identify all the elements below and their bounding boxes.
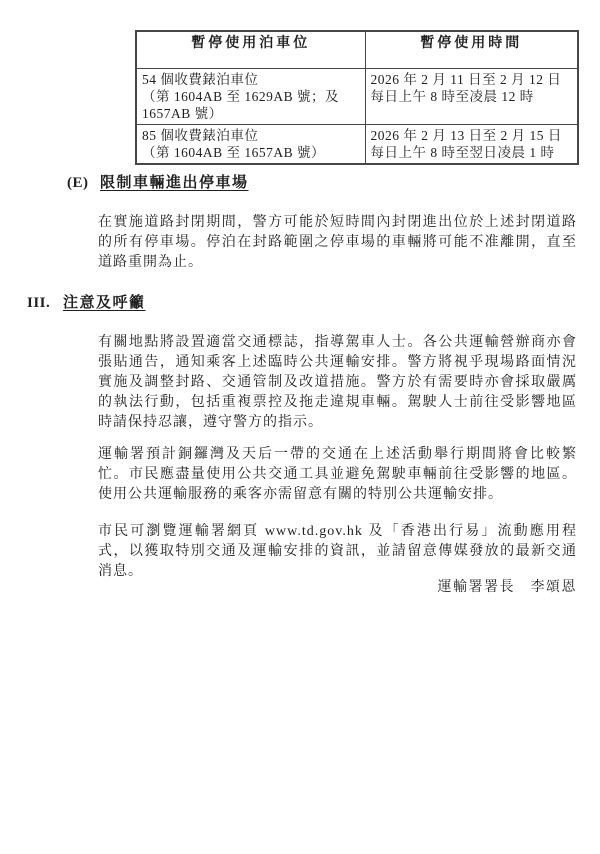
- document-page: 暫停使用泊車位 暫停使用時間 54 個收費錶泊車位 （第 1604AB 至 16…: [0, 0, 600, 854]
- parking-suspension-table: 暫停使用泊車位 暫停使用時間 54 個收費錶泊車位 （第 1604AB 至 16…: [135, 30, 579, 165]
- cell-line: 每日上午 8 時至翌日凌晨 1 時: [371, 144, 573, 161]
- section-iii-paragraph-3: 市民可瀏覽運輸署網頁 www.td.gov.hk 及「香港出行易」流動應用程式，…: [98, 522, 577, 582]
- table-cell-spaces-2: 85 個收費錶泊車位 （第 1604AB 至 1657AB 號）: [136, 124, 365, 164]
- section-iii-paragraph-1: 有關地點將設置適當交通標誌，指導駕車人士。各公共運輸營辦商亦會張貼通告，通知乘客…: [98, 333, 577, 433]
- table-cell-time-2: 2026 年 2 月 13 日至 2 月 15 日 每日上午 8 時至翌日凌晨 …: [365, 124, 578, 164]
- signature-line: 運輸署署長 李頌恩: [98, 578, 577, 598]
- section-e-label: (E): [67, 173, 100, 193]
- section-e-paragraph: 在實施道路封閉期間，警方可能於短時間內封閉進出位於上述封閉道路的所有停車場。停泊…: [98, 213, 577, 273]
- cell-line: （第 1604AB 至 1629AB 號；及: [142, 88, 360, 105]
- cell-line: 54 個收費錶泊車位: [142, 71, 360, 88]
- section-iii-heading: III.注意及呼籲: [27, 293, 146, 313]
- cell-line: 每日上午 8 時至凌晨 12 時: [371, 88, 573, 105]
- table-row-2: 85 個收費錶泊車位 （第 1604AB 至 1657AB 號） 2026 年 …: [136, 124, 578, 164]
- table-cell-spaces-1: 54 個收費錶泊車位 （第 1604AB 至 1629AB 號；及 1657AB…: [136, 68, 365, 124]
- cell-line: （第 1604AB 至 1657AB 號）: [142, 144, 360, 161]
- table-row-1: 54 個收費錶泊車位 （第 1604AB 至 1629AB 號；及 1657AB…: [136, 68, 578, 124]
- table-header-suspension-time: 暫停使用時間: [365, 31, 578, 68]
- cell-line: 1657AB 號）: [142, 105, 360, 122]
- table-cell-time-1: 2026 年 2 月 11 日至 2 月 12 日 每日上午 8 時至凌晨 12…: [365, 68, 578, 124]
- section-iii-title: 注意及呼籲: [63, 295, 146, 311]
- cell-line: 85 個收費錶泊車位: [142, 127, 360, 144]
- section-iii-label: III.: [27, 293, 63, 313]
- cell-line: 2026 年 2 月 11 日至 2 月 12 日: [371, 71, 573, 88]
- section-e-title: 限制車輛進出停車場: [100, 175, 249, 191]
- section-e-heading: (E)限制車輛進出停車場: [67, 173, 249, 193]
- section-iii-paragraph-2: 運輸署預計銅鑼灣及天后一帶的交通在上述活動舉行期間將會比較繁忙。市民應盡量使用公…: [98, 445, 577, 505]
- table-header-parking-spaces: 暫停使用泊車位: [136, 31, 365, 68]
- cell-line: 2026 年 2 月 13 日至 2 月 15 日: [371, 127, 573, 144]
- table-header-row: 暫停使用泊車位 暫停使用時間: [136, 31, 578, 68]
